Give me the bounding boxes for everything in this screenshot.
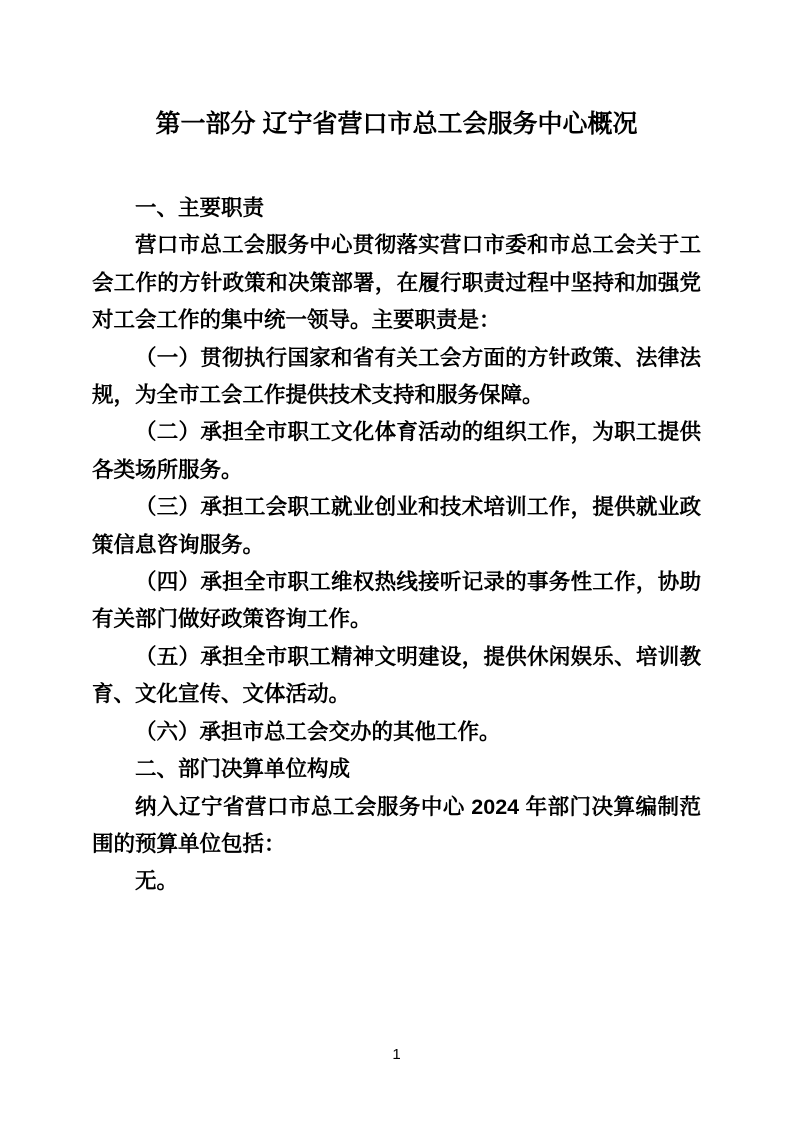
paragraph-duties-intro: 营口市总工会服务中心贯彻落实营口市委和市总工会关于工会工作的方针政策和决策部署，… [92,227,701,339]
document-body: 一、主要职责 营口市总工会服务中心贯彻落实营口市委和市总工会关于工会工作的方针政… [92,190,701,901]
paragraph-duty-4: （四）承担全市职工维权热线接听记录的事务性工作，协助有关部门做好政策咨询工作。 [92,564,701,639]
document-title: 第一部分 辽宁省营口市总工会服务中心概况 [92,106,701,142]
document-page: 第一部分 辽宁省营口市总工会服务中心概况 一、主要职责 营口市总工会服务中心贯彻… [0,0,793,1121]
paragraph-duty-5: （五）承担全市职工精神文明建设，提供休闲娱乐、培训教育、文化宣传、文体活动。 [92,639,701,714]
paragraph-duty-6: （六）承担市总工会交办的其他工作。 [92,714,701,751]
document-content: 第一部分 辽宁省营口市总工会服务中心概况 一、主要职责 营口市总工会服务中心贯彻… [92,0,701,901]
paragraph-duty-1: （一）贯彻执行国家和省有关工会方面的方针政策、法律法规，为全市工会工作提供技术支… [92,340,701,415]
paragraph-budget-units-none: 无。 [92,863,701,900]
section-heading-main-duties: 一、主要职责 [92,190,701,227]
section-heading-budget-units: 二、部门决算单位构成 [92,751,701,788]
paragraph-budget-units-scope: 纳入辽宁省营口市总工会服务中心 2024 年部门决算编制范围的预算单位包括： [92,789,701,864]
paragraph-duty-2: （二）承担全市职工文化体育活动的组织工作，为职工提供各类场所服务。 [92,414,701,489]
paragraph-duty-3: （三）承担工会职工就业创业和技术培训工作，提供就业政策信息咨询服务。 [92,489,701,564]
page-number: 1 [0,1047,793,1063]
